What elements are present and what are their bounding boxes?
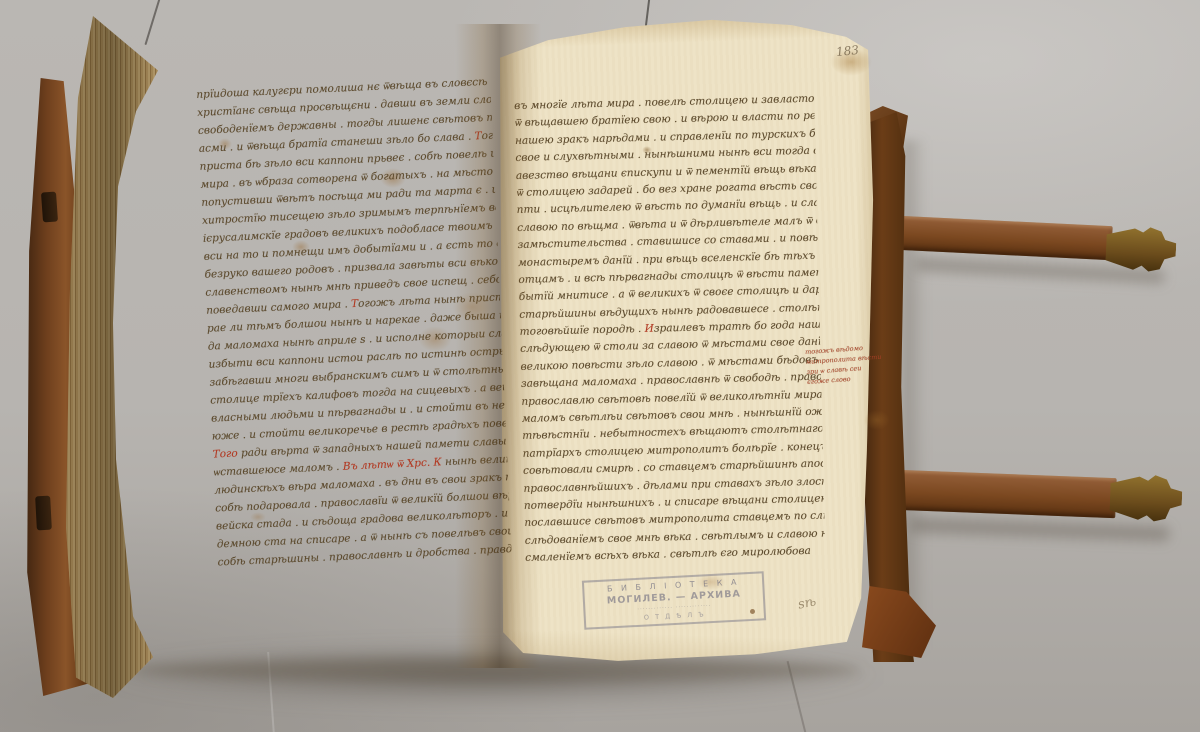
ink-dot <box>750 609 755 614</box>
thread-top-left <box>144 0 161 45</box>
foxing-stain <box>864 410 890 430</box>
left-page-text: прїидоша калугєри помолиша нє ѿвѣща въ с… <box>196 73 512 578</box>
clasp-pin-top <box>41 192 58 223</box>
leather-strap-bottom <box>895 470 1116 518</box>
leather-strap-top <box>897 216 1112 260</box>
margin-note: тогожъ вѣдомомитрополита вѣстизри ѡ слав… <box>805 341 894 387</box>
strap-shadow <box>910 517 1170 541</box>
right-page-text: въ многїе лѣта мира . повелѣ столицею и … <box>514 91 825 568</box>
brass-clasp-top <box>1105 224 1177 273</box>
clasp-pin-bottom <box>35 496 52 531</box>
photograph: прїидоша калугєри помолиша нє ѿвѣща въ с… <box>0 0 1200 732</box>
library-stamp: Б И Б Л І О Т Е К АМОГИЛЕВ. — АРХИВА····… <box>582 571 766 629</box>
folio-number: 183 <box>835 43 859 59</box>
brass-clasp-bottom <box>1109 473 1183 524</box>
